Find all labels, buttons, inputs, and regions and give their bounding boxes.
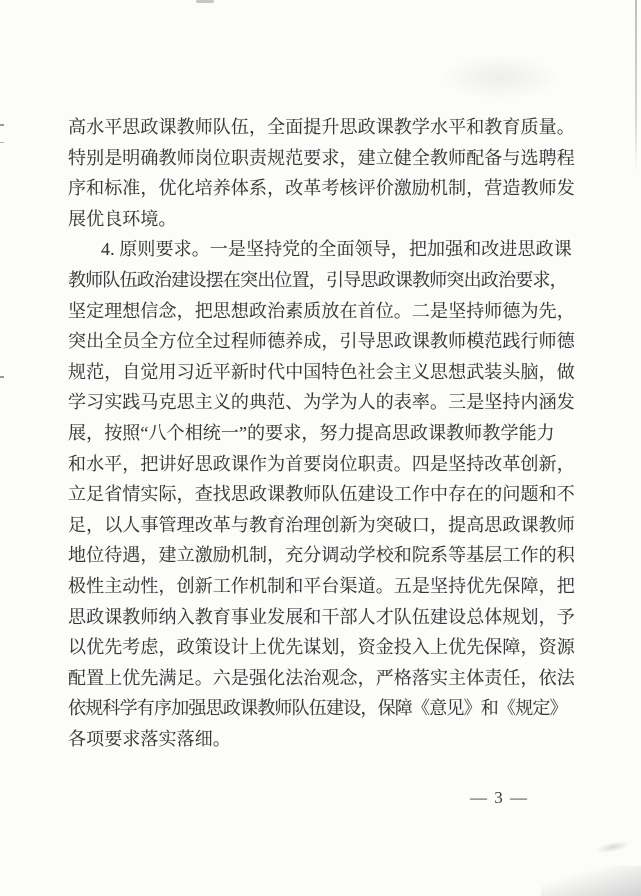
text-line: 极性主动性，创新工作机制和平台渠道。五是坚持优先保障，把 — [68, 571, 580, 602]
scan-edge-line — [635, 0, 637, 172]
scan-speck — [0, 376, 4, 378]
text-line: 高水平思政课教师队伍，全面提升思政课教学水平和教育质量。 — [68, 112, 580, 143]
text-line: 序和标准，优化培养体系，改革考核评价激励机制，营造教师发 — [68, 173, 580, 204]
text-line: 展，按照“八个相统一”的要求，努力提高思政课教师教学能力 — [68, 418, 580, 449]
scan-corner-shadow — [541, 866, 641, 896]
text-line: 规范，自觉用习近平新时代中国特色社会主义思想武装头脑，做 — [68, 357, 580, 388]
scan-smudge — [595, 839, 630, 856]
text-line: 各项要求落实落细。 — [68, 724, 580, 755]
text-line: 坚定理想信念，把思想政治素质放在首位。二是坚持师德为先， — [68, 296, 580, 327]
text-line: 以优先考虑，政策设计上优先谋划，资金投入上优先保障，资源 — [68, 632, 580, 663]
text-line: 依规科学有序加强思政课教师队伍建设，保障《意见》和《规定》 — [68, 693, 580, 724]
text-line: 地位待遇，建立激励机制，充分调动学校和院系等基层工作的积 — [68, 540, 580, 571]
scan-smudge — [440, 55, 560, 100]
text-line: 立足省情实际，查找思政课教师队伍建设工作中存在的问题和不 — [68, 479, 580, 510]
text-line: 配置上优先满足。六是强化法治观念，严格落实主体责任，依法 — [68, 663, 580, 694]
text-line: 和水平，把讲好思政课作为首要岗位职责。四是坚持改革创新， — [68, 449, 580, 480]
scan-speck — [0, 142, 4, 143]
text-line: 思政课教师纳入教育事业发展和干部人才队伍建设总体规划，予 — [68, 602, 580, 633]
page-number: — 3 — — [470, 788, 529, 808]
text-line: 4. 原则要求。一是坚持党的全面领导，把加强和改进思政课 — [68, 234, 580, 265]
scan-mark-top — [196, 0, 214, 3]
text-line: 学习实践马克思主义的典范、为学为人的表率。三是坚持内涵发 — [68, 387, 580, 418]
scan-speck — [0, 124, 4, 126]
text-line: 特别是明确教师岗位职责规范要求，建立健全教师配备与选聘程 — [68, 143, 580, 174]
text-line: 教师队伍政治建设摆在突出位置，引导思政课教师突出政治要求， — [68, 265, 580, 296]
scanned-document-page: 高水平思政课教师队伍，全面提升思政课教学水平和教育质量。特别是明确教师岗位职责规… — [0, 0, 641, 896]
document-body: 高水平思政课教师队伍，全面提升思政课教学水平和教育质量。特别是明确教师岗位职责规… — [68, 112, 580, 754]
text-line: 足，以人事管理改革与教育治理创新为突破口，提高思政课教师 — [68, 510, 580, 541]
text-line: 突出全员全方位全过程师德养成，引导思政课教师模范践行师德 — [68, 326, 580, 357]
text-line: 展优良环境。 — [68, 204, 580, 235]
